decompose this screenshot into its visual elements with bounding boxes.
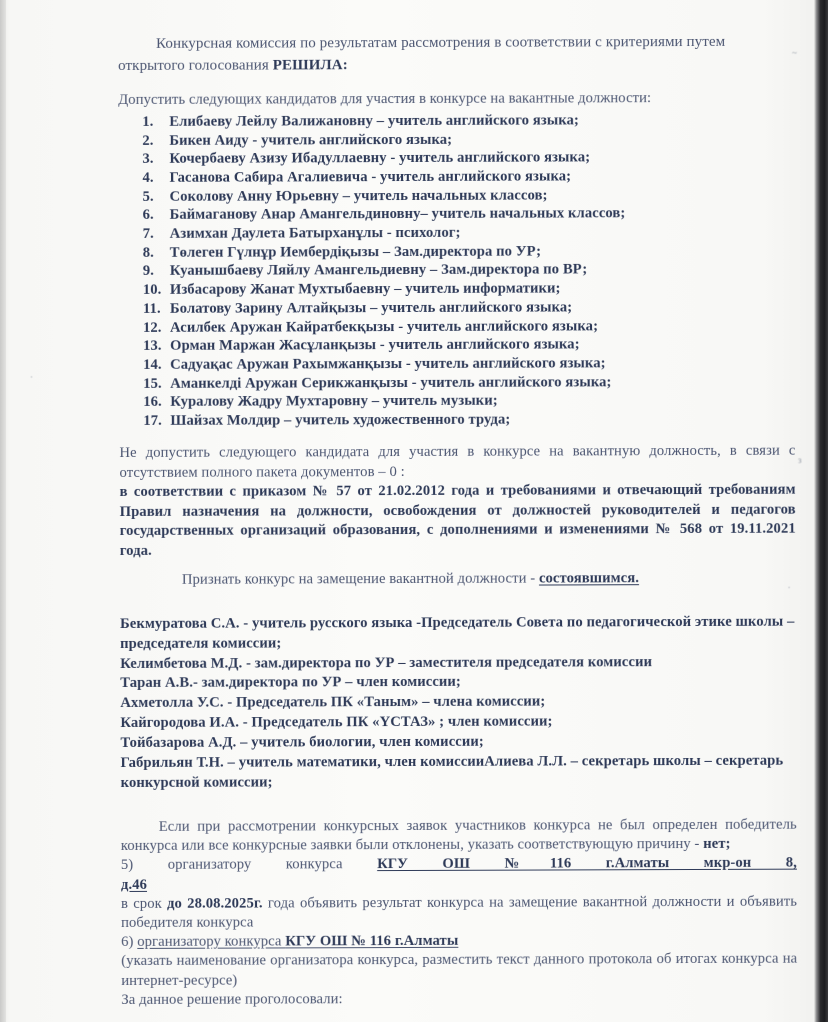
candidate-number: 11. [143,300,170,319]
item5-label1: организатору [168,857,252,873]
candidate-item: 5.Соколову Анну Юрьевну – учитель началь… [143,185,795,206]
candidate-item: 1.Елибаеву Лейлу Валижановну – учитель а… [142,110,794,131]
decision-word: РЕШИЛА: [273,57,348,73]
candidate-number: 2. [142,131,169,150]
candidate-number: 12. [143,318,170,337]
item5-organizer-value: КГУ ОШ №116 г.Алматы мкр-он 8, [377,855,797,872]
candidate-text: Избасарову Жанат Мухтыбаевну – учитель и… [170,280,561,300]
commission-member: Тойбазарова А.Д. – учитель биологии, чле… [120,732,796,754]
scan-artifact: · [30,372,33,382]
candidate-number: 6. [143,206,170,225]
intro-paragraph: Конкурсная комиссия по результатам рассм… [118,32,794,77]
candidate-number: 10. [143,281,170,300]
candidate-item: 9.Куанышбаеву Ляйлу Амангельдиевну – Зам… [143,260,795,281]
candidate-item: 14.Садуақас Аружан Рахымжанқызы - учител… [143,354,795,375]
candidate-text: Шайзах Молдир – учитель художественного … [170,411,510,431]
item5-line: 5) организатору конкурса КГУ ОШ №116 г.А… [121,854,797,876]
candidate-text: Кочербаеву Азизу Ибадуллаевну - учитель … [169,149,590,169]
deadline-paragraph: в срок до 28.08.2025г. года объявить рез… [121,892,797,933]
admit-heading: Допустить следующих кандидатов для участ… [118,89,794,111]
candidate-number: 15. [143,374,170,393]
candidate-text: Азимхан Даулета Батырханұлы - психолог; [170,224,461,244]
candidate-number: 7. [143,225,170,244]
commission-member: Кайгородова И.А. - Председатель ПК «ҮСТА… [120,712,796,734]
item5-line2: д.46 [121,873,797,895]
commission-member: Таран А.В.- зам.директора по УР – член к… [120,672,796,694]
item6-organizer-value: КГУ ОШ № 116 г.Алматы [285,933,458,950]
scan-artifact: з [798,455,802,465]
candidate-item: 8.Төлеген Гүлнұр Иембердіқызы – Зам.дире… [143,241,795,262]
candidate-text: Болатову Зарину Алтайқызы – учитель англ… [170,298,572,318]
no-winner-text: Если при рассмотрении конкурсных заявок … [121,817,797,855]
candidate-item: 11.Болатову Зарину Алтайқызы – учитель а… [143,297,795,318]
candidate-item: 15.Аманкелді Аружан Серикжанқызы - учите… [143,372,795,393]
item6-underlined: организатору конкурса КГУ ОШ № 116 г.Алм… [137,933,458,950]
candidate-text: Аманкелді Аружан Серикжанқызы - учитель … [170,373,611,393]
candidate-number: 8. [143,244,170,263]
candidate-item: 10.Избасарову Жанат Мухтыбаевну – учител… [143,279,795,300]
candidate-item: 7.Азимхан Даулета Батырханұлы - психолог… [143,223,795,244]
candidate-item: 2.Бикен Аиду - учитель английского языка… [142,129,794,150]
item5-label2: конкурса [286,857,343,873]
candidate-text: Соколову Анну Юрьевну – учитель начальны… [170,186,548,206]
candidate-text: Куралову Жадру Мухтаровну – учитель музы… [170,392,497,412]
item6-label: организатору конкурса [137,934,285,951]
voted-line: За данное решение проголосовали: [121,988,797,1010]
candidate-number: 5. [143,187,170,206]
commission-member: Бекмуратова С.А. - учитель русского язык… [120,612,796,654]
candidate-text: Елибаеву Лейлу Валижановну – учитель анг… [169,111,579,131]
commission-list: Бекмуратова С.А. - учитель русского язык… [120,612,797,794]
candidate-number: 13. [143,337,170,356]
candidate-number: 14. [143,356,170,375]
candidate-text: Садуақас Аружан Рахымжанқызы - учитель а… [170,354,606,374]
candidate-item: 13.Орман Маржан Жасұланқызы - учитель ан… [143,335,795,356]
candidate-item: 3.Кочербаеву Азизу Ибадуллаевну - учител… [142,148,794,169]
item5-prefix: 5) [121,857,133,873]
candidate-text: Асилбек Аружан Кайратбекқызы - учитель а… [170,317,598,337]
item5-organizer-value2: д.46 [121,876,147,892]
recognize-text: Признать конкурс на замещение вакантной … [182,571,539,588]
commission-member: Габрильян Т.Н. – учитель математики, чле… [121,752,797,794]
reject-paragraph: Не допустить следующего кандидата для уч… [119,441,795,483]
candidate-text: Төлеген Гүлнұр Иембердіқызы – Зам.директ… [170,242,541,262]
scan-right-edge [814,0,828,1022]
candidate-number: 9. [143,262,170,281]
candidate-number: 3. [142,150,169,169]
candidate-item: 6.Баймаганову Анар Амангельдиновну– учит… [143,204,795,225]
candidate-item: 16.Куралову Жадру Мухтаровну – учитель м… [143,391,795,412]
intro-text: Конкурсная комиссия по результатам рассм… [118,34,725,74]
no-winner-paragraph: Если при рассмотрении конкурсных заявок … [121,816,797,857]
deadline-date: до 28.08.2025г. [167,895,263,911]
candidate-text: Бикен Аиду - учитель английского языка; [169,130,452,150]
no-winner-value: нет; [703,836,730,852]
candidate-number: 16. [143,393,170,412]
candidate-list: 1.Елибаеву Лейлу Валижановну – учитель а… [142,110,795,430]
candidate-number: 1. [142,113,169,132]
recognize-result: состоявшимся. [539,570,639,586]
candidate-number: 17. [143,412,170,431]
candidate-text: Гасанова Сабира Агалиевича - учитель анг… [169,167,571,187]
candidate-item: 4.Гасанова Сабира Агалиевича - учитель а… [142,167,794,188]
note-paragraph: (указать наименование организатора конку… [121,950,797,991]
scan-left-edge [0,0,6,1022]
candidate-text: Куанышбаеву Ляйлу Амангельдиевну – Зам.д… [170,261,588,281]
document-content: Конкурсная комиссия по результатам рассм… [118,32,797,1010]
candidate-item: 17.Шайзах Молдир – учитель художественно… [143,410,795,431]
candidate-item: 12.Асилбек Аружан Кайратбекқызы - учител… [143,316,795,337]
item6-line: 6) организатору конкурса КГУ ОШ № 116 г.… [121,931,797,953]
candidate-number: 4. [142,169,169,188]
candidate-text: Баймаганову Анар Амангельдиновну– учител… [170,205,626,225]
recognize-line: Признать конкурс на замещение вакантной … [120,569,796,591]
deadline-prefix: в срок [121,896,167,912]
commission-member: Ахметолла У.С. - Председатель ПК «Таным»… [120,692,796,714]
candidate-text: Орман Маржан Жасұланқызы - учитель англи… [170,336,580,356]
order-reference-paragraph: в соответствии с приказом № 57 от 21.02.… [120,481,796,561]
commission-member: Келимбетова М.Д. - зам.директора по УР –… [120,652,796,674]
item6-prefix: 6) [121,934,137,950]
